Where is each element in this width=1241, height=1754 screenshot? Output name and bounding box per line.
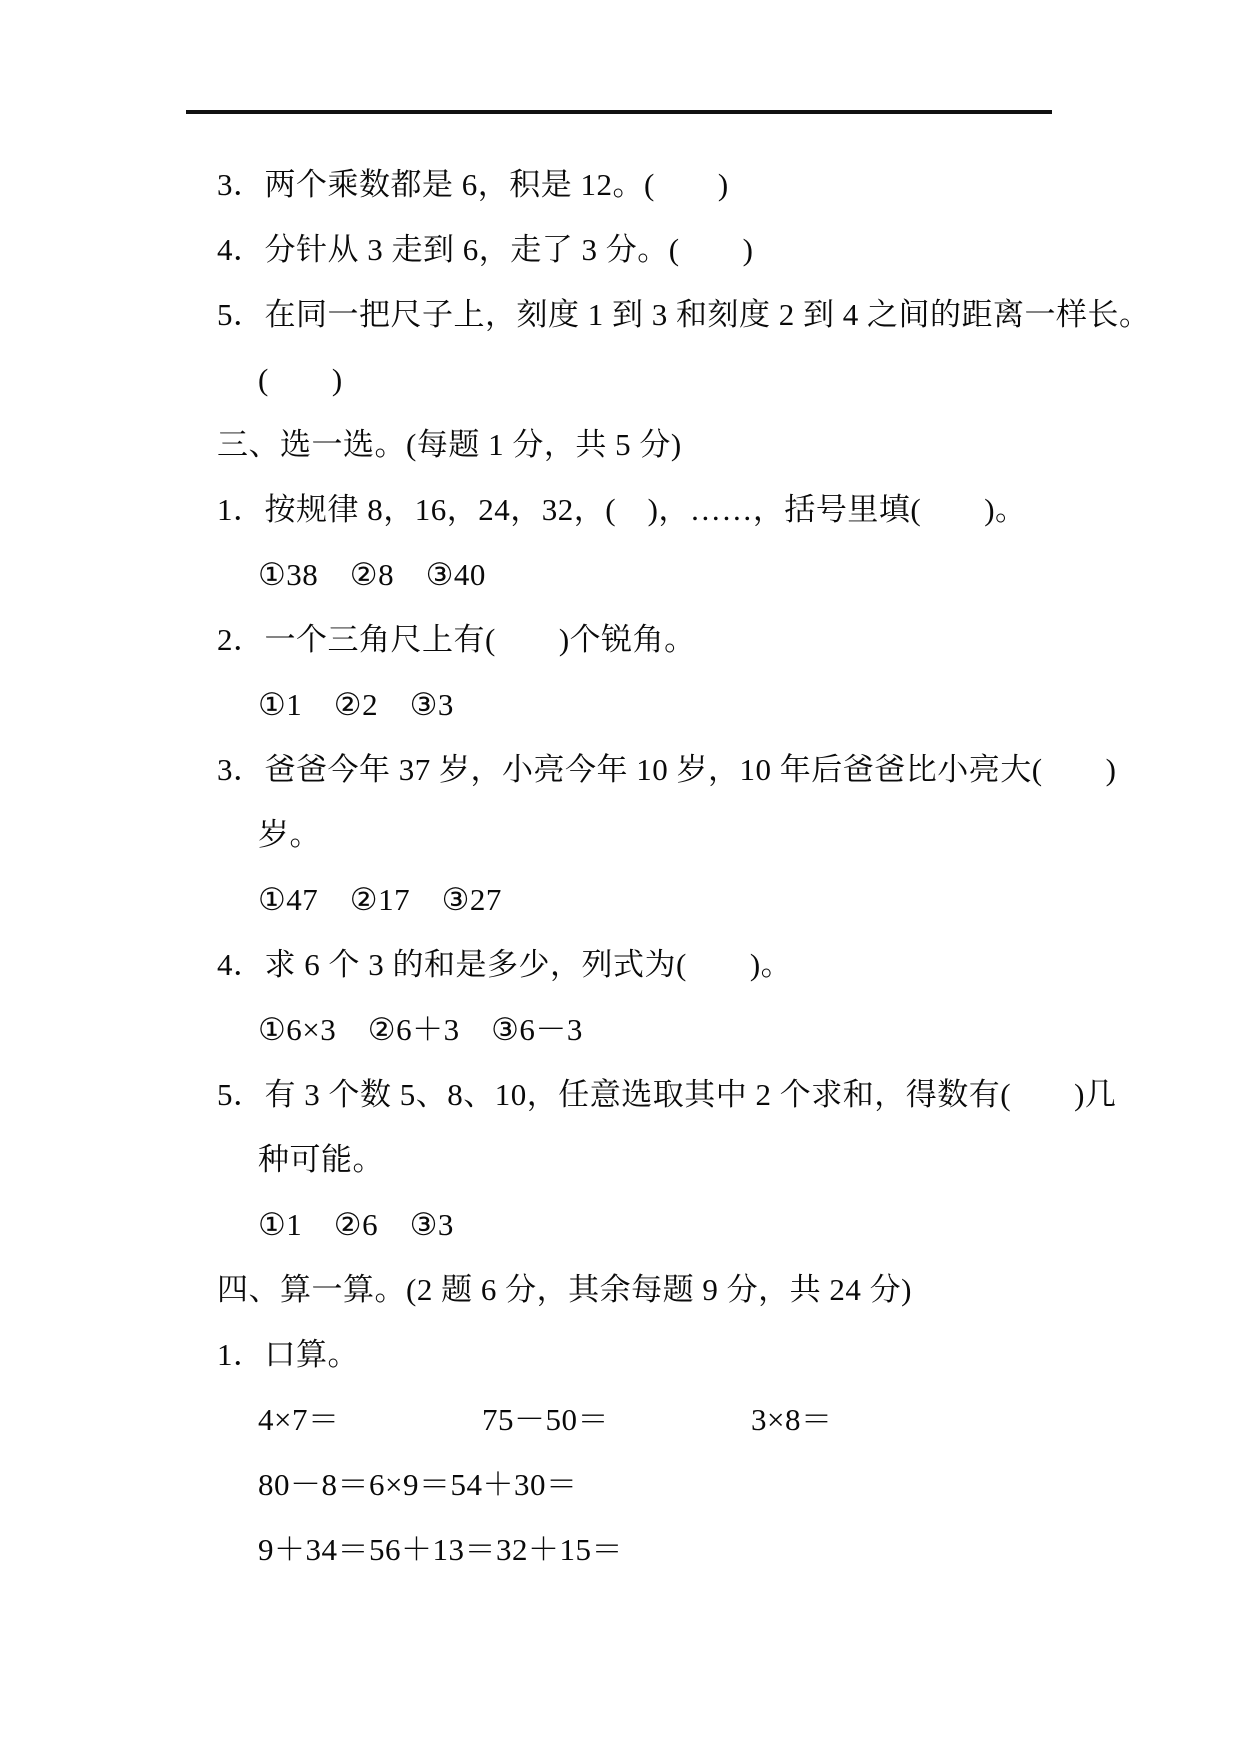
choice-question-3: 3．爸爸今年 37 岁，小亮今年 10 岁，10 年后爸爸比小亮大( )	[0, 737, 1241, 802]
calc-subtitle-1: 1．口算。	[0, 1322, 1241, 1387]
choice-question-3-cont: 岁。	[0, 802, 1241, 867]
section-heading-3: 三、选一选。(每题 1 分，共 5 分)	[0, 412, 1241, 477]
question-true-false-3: 3．两个乘数都是 6，积是 12。( )	[0, 152, 1241, 217]
oral-math-expression: 4×7＝	[258, 1387, 339, 1452]
document-body: 3．两个乘数都是 6，积是 12。( )4．分针从 3 走到 6，走了 3 分。…	[0, 152, 1241, 1582]
choice-options-1: ①38 ②8 ③40	[0, 542, 1241, 607]
section-heading-4: 四、算一算。(2 题 6 分，其余每题 9 分，共 24 分)	[0, 1257, 1241, 1322]
choice-question-5-cont: 种可能。	[0, 1127, 1241, 1192]
choice-question-2: 2．一个三角尺上有( )个锐角。	[0, 607, 1241, 672]
oral-math-row-1: 4×7＝75－50＝3×8＝	[0, 1387, 1241, 1452]
test-paper-page: 3．两个乘数都是 6，积是 12。( )4．分针从 3 走到 6，走了 3 分。…	[0, 0, 1241, 1754]
header-rule	[186, 110, 1052, 114]
oral-math-expression: 75－50＝	[482, 1387, 609, 1452]
oral-math-expression: 3×8＝	[751, 1387, 832, 1452]
choice-question-5: 5．有 3 个数 5、8、10，任意选取其中 2 个求和，得数有( )几	[0, 1062, 1241, 1127]
choice-question-4: 4．求 6 个 3 的和是多少，列式为( )。	[0, 932, 1241, 997]
choice-question-1: 1．按规律 8，16，24，32，( )，……，括号里填( )。	[0, 477, 1241, 542]
choice-options-2: ①1 ②2 ③3	[0, 672, 1241, 737]
oral-math-row-3: 9＋34＝56＋13＝32＋15＝	[0, 1517, 1241, 1582]
question-true-false-5-blank: ( )	[0, 347, 1241, 412]
question-true-false-5: 5．在同一把尺子上，刻度 1 到 3 和刻度 2 到 4 之间的距离一样长。	[0, 282, 1241, 347]
choice-options-3: ①47 ②17 ③27	[0, 867, 1241, 932]
question-true-false-4: 4．分针从 3 走到 6，走了 3 分。( )	[0, 217, 1241, 282]
choice-options-5: ①1 ②6 ③3	[0, 1192, 1241, 1257]
choice-options-4: ①6×3 ②6＋3 ③6－3	[0, 997, 1241, 1062]
oral-math-row-2: 80－8＝6×9＝54＋30＝	[0, 1452, 1241, 1517]
